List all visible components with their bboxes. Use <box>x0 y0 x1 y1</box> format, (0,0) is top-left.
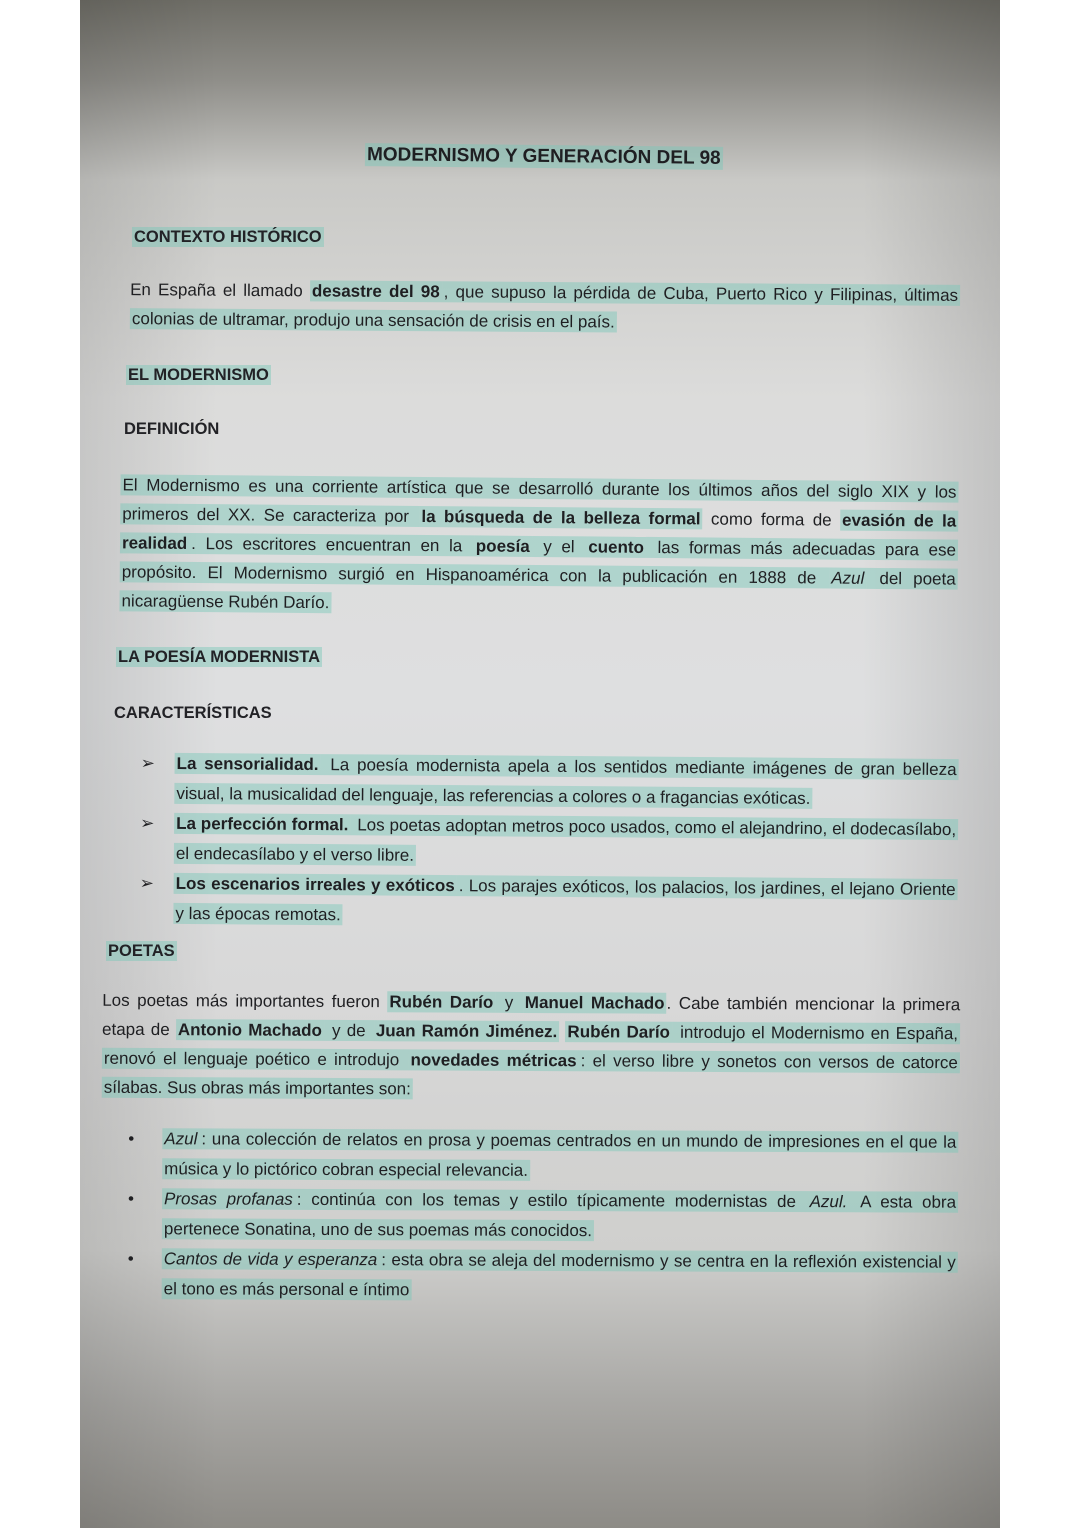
document-sheet: MODERNISMO Y GENERACIÓN DEL 98 CONTEXTO … <box>80 0 1000 1528</box>
heading-text: DEFINICIÓN <box>124 420 219 438</box>
caracteristicas-list: ➢ La sensorialidad. La poesía modernista… <box>173 749 958 935</box>
text: . Los escritores encuentran en la <box>189 533 474 556</box>
title-text: MODERNISMO Y GENERACIÓN DEL 98 <box>365 143 723 170</box>
text: y el <box>532 536 587 557</box>
text: como forma de <box>702 509 840 529</box>
text: y <box>495 992 523 1013</box>
arrow-bullet-icon: ➢ <box>140 809 154 839</box>
heading-el-modernismo: EL MODERNISMO <box>126 366 271 385</box>
list-item: • Cantos de vida y esperanza: esta obra … <box>162 1244 958 1307</box>
arrow-bullet-icon: ➢ <box>140 869 154 899</box>
bold-text: Los escenarios irreales y exóticos <box>174 873 457 896</box>
bullet-dot-icon: • <box>128 1184 134 1214</box>
bold-text: Juan Ramón Jiménez. <box>374 1020 560 1042</box>
page-title: MODERNISMO Y GENERACIÓN DEL 98 <box>365 144 723 170</box>
list-item: • Prosas profanas: continúa con los tema… <box>162 1184 958 1247</box>
text: : una colección de relatos en prosa y po… <box>162 1128 958 1180</box>
italic-text: Azul. <box>808 1191 850 1212</box>
paragraph-poetas: Los poetas más importantes fueron Rubén … <box>102 986 961 1106</box>
bold-text: poesía <box>474 535 532 557</box>
bold-text: Rubén Darío <box>387 991 495 1013</box>
heading-text: CARACTERÍSTICAS <box>114 704 272 722</box>
list-item: • Azul: una colección de relatos en pros… <box>162 1124 958 1187</box>
heading-poetas: POETAS <box>106 942 177 961</box>
heading-la-poesia-modernista: LA POESÍA MODERNISTA <box>116 648 322 667</box>
bold-text: desastre del 98 <box>310 280 442 302</box>
bullet-dot-icon: • <box>128 1124 134 1154</box>
list-item: ➢ La perfección formal. Los poetas adopt… <box>174 809 958 875</box>
text: En España el llamado <box>130 280 310 300</box>
heading-text: LA POESÍA MODERNISTA <box>116 647 322 667</box>
list-item: ➢ Los escenarios irreales y exóticos. Lo… <box>173 869 957 935</box>
bullet-dot-icon: • <box>128 1244 134 1274</box>
heading-text: CONTEXTO HISTÓRICO <box>132 227 324 247</box>
bold-text: La perfección formal. <box>174 813 350 835</box>
text: : continúa con los temas y estilo típica… <box>295 1189 808 1212</box>
text: Los poetas más importantes fueron <box>102 991 387 1011</box>
heading-contexto-historico: CONTEXTO HISTÓRICO <box>132 228 324 247</box>
text: y de <box>324 1020 374 1041</box>
heading-text: EL MODERNISMO <box>126 365 271 385</box>
paragraph-definicion: El Modernismo es una corriente artística… <box>119 470 958 622</box>
list-item: ➢ La sensorialidad. La poesía modernista… <box>174 749 958 815</box>
heading-definicion: DEFINICIÓN <box>124 420 219 439</box>
paragraph-contexto: En España el llamado desastre del 98, qu… <box>130 275 960 339</box>
italic-text: Azul <box>829 568 866 589</box>
bold-text: la búsqueda de la belleza formal <box>419 506 702 529</box>
bold-text: La sensorialidad. <box>175 753 321 775</box>
bold-text: novedades métricas <box>409 1049 579 1071</box>
obras-list: • Azul: una colección de relatos en pros… <box>162 1124 959 1307</box>
bold-text: cuento <box>586 536 646 558</box>
document-photo: MODERNISMO Y GENERACIÓN DEL 98 CONTEXTO … <box>80 0 1000 1528</box>
heading-caracteristicas: CARACTERÍSTICAS <box>114 704 272 723</box>
bold-text: Manuel Machado <box>523 992 667 1014</box>
italic-text: Prosas profanas <box>162 1188 295 1210</box>
bold-text: Rubén Darío <box>565 1021 672 1043</box>
heading-text: POETAS <box>106 941 177 961</box>
arrow-bullet-icon: ➢ <box>140 749 154 779</box>
italic-text: Cantos de vida y esperanza <box>162 1248 380 1270</box>
italic-text: Azul <box>162 1128 199 1149</box>
bold-text: Antonio Machado <box>176 1019 324 1041</box>
